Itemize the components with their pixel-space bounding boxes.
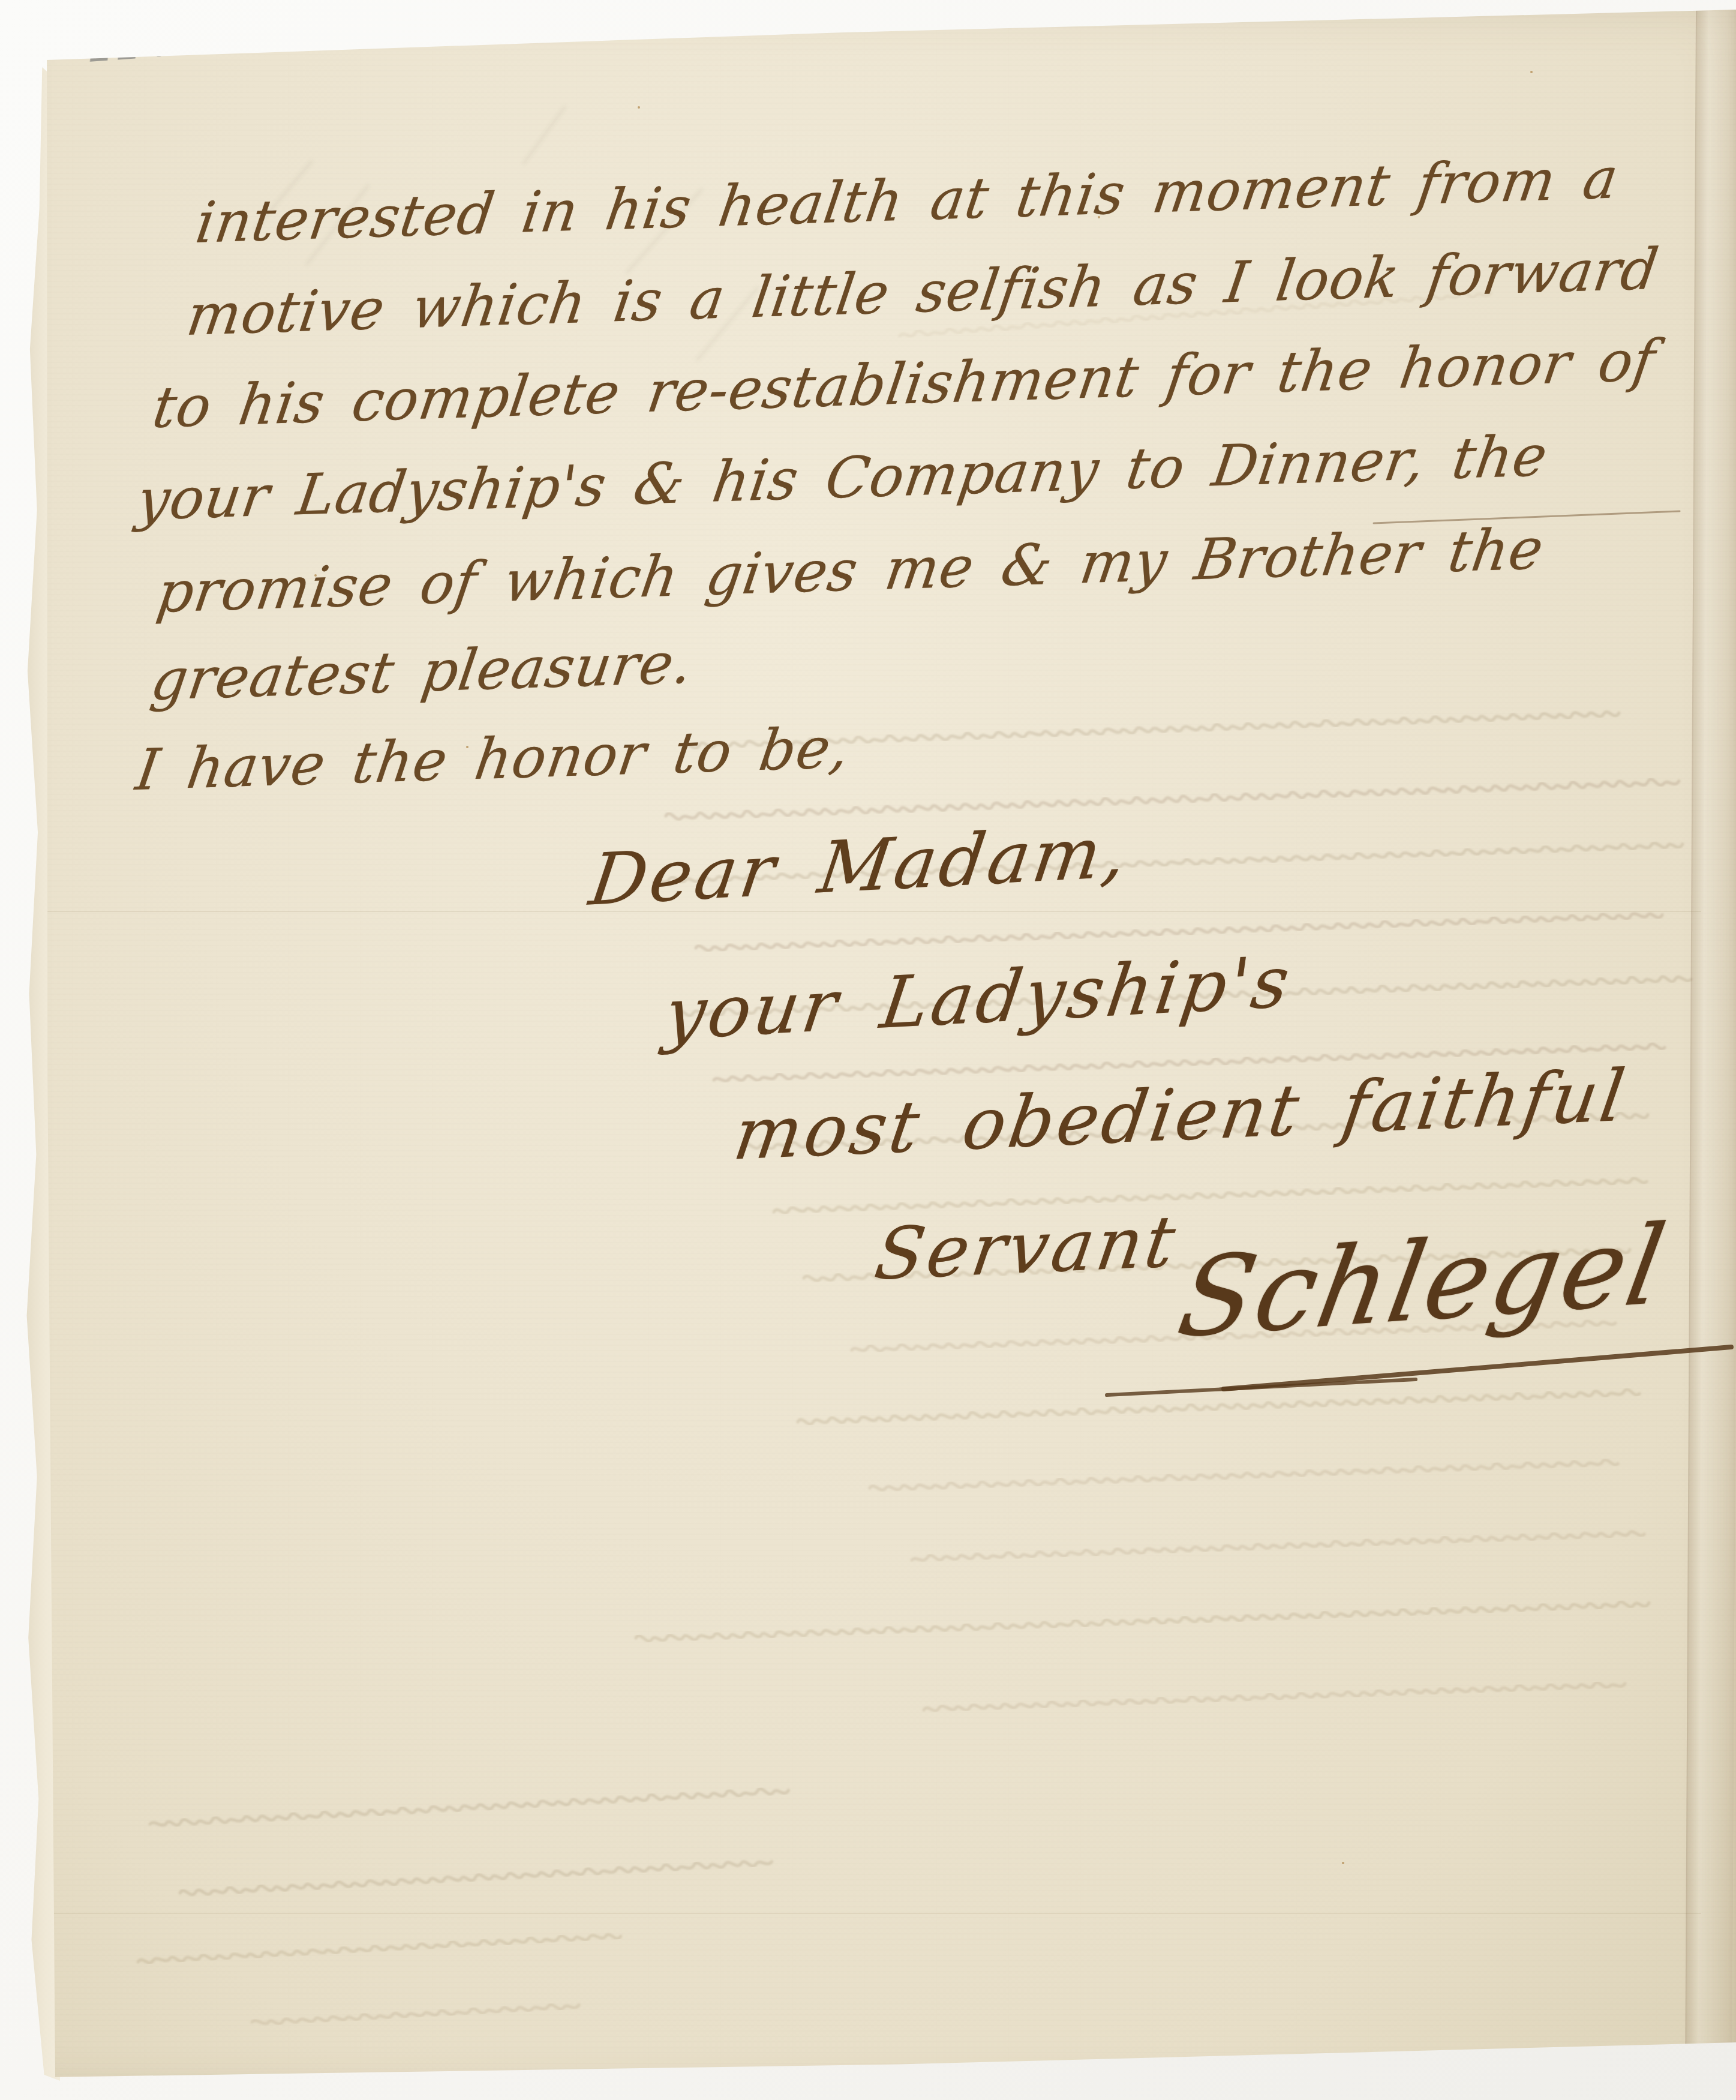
paper-fiber-speck (1530, 71, 1533, 73)
paper-fiber-speck (466, 746, 468, 748)
letter-page: 224 interested in his health at this mom… (0, 0, 1736, 2100)
paper-fiber-speck (638, 106, 640, 109)
photo-backdrop: 224 interested in his health at this mom… (0, 0, 1736, 2100)
valediction-servant: Servant (870, 1199, 1184, 1296)
paper-fiber-speck (314, 574, 317, 577)
paper-fiber-speck (1342, 1862, 1344, 1864)
pencil-folio-number: 224 (88, 21, 174, 71)
paper-fiber-speck (1098, 216, 1100, 218)
